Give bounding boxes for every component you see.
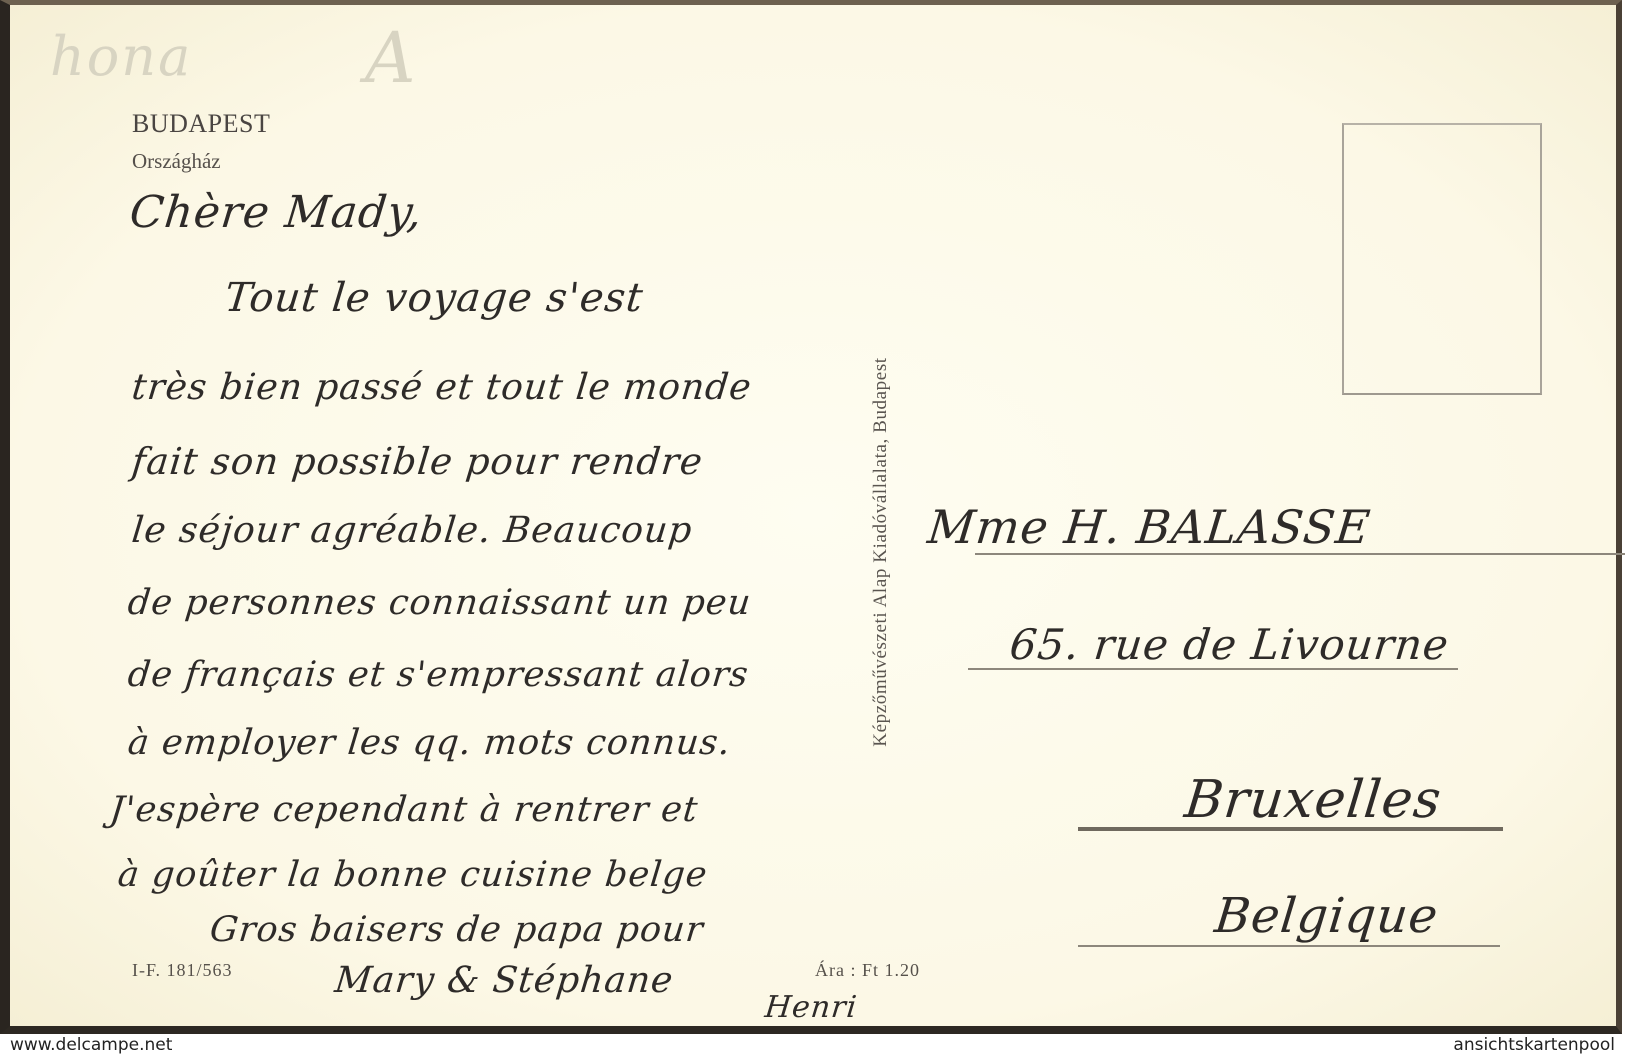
pencil-note-letter: A — [365, 17, 418, 99]
message-line: Chère Mady, — [127, 187, 425, 238]
message-line: à employer les qq. mots connus. — [126, 723, 733, 763]
publisher-vertical-text: Képzőművészeti Alap Kiadóvállalata, Buda… — [870, 357, 892, 746]
signature: Mary & Stéphane — [333, 960, 676, 1001]
address-underline — [1078, 827, 1503, 831]
message-line: Gros baisers de papa pour — [208, 910, 706, 950]
message-line: très bien passé et tout le monde — [130, 367, 754, 408]
message-line: fait son possible pour rendre — [130, 440, 705, 483]
address-recipient: Mme H. BALASSE — [925, 500, 1373, 554]
message-line: Tout le voyage s'est — [223, 275, 646, 321]
address-city: Bruxelles — [1182, 770, 1445, 830]
printed-subtitle: Országház — [132, 149, 221, 174]
address-underline — [968, 668, 1458, 670]
printed-city-title: BUDAPEST — [132, 109, 270, 139]
address-country: Belgique — [1212, 888, 1441, 944]
message-line: à goûter la bonne cuisine belge — [116, 855, 710, 895]
watermark-delcampe: www.delcampe.net — [10, 1035, 172, 1055]
signature-henri: Henri — [763, 990, 859, 1025]
series-code: I-F. 181/563 — [132, 960, 233, 981]
postcard-back: hona A BUDAPEST Országház Képzőművészeti… — [0, 0, 1622, 1034]
message-line: de français et s'empressant alors — [126, 655, 751, 695]
address-street: 65. rue de Livourne — [1007, 620, 1451, 669]
stamp-box — [1342, 123, 1542, 395]
message-line: de personnes connaissant un peu — [126, 583, 753, 623]
message-line: le séjour agréable. Beaucoup — [130, 510, 695, 551]
address-underline — [975, 553, 1625, 555]
address-underline — [1078, 945, 1500, 947]
message-line: J'espère cependant à rentrer et — [108, 790, 700, 830]
pencil-note: hona — [50, 25, 192, 88]
price-label: Ára : Ft 1.20 — [815, 960, 920, 981]
watermark-ansichtskartenpool: ansichtskartenpool — [1453, 1035, 1615, 1055]
